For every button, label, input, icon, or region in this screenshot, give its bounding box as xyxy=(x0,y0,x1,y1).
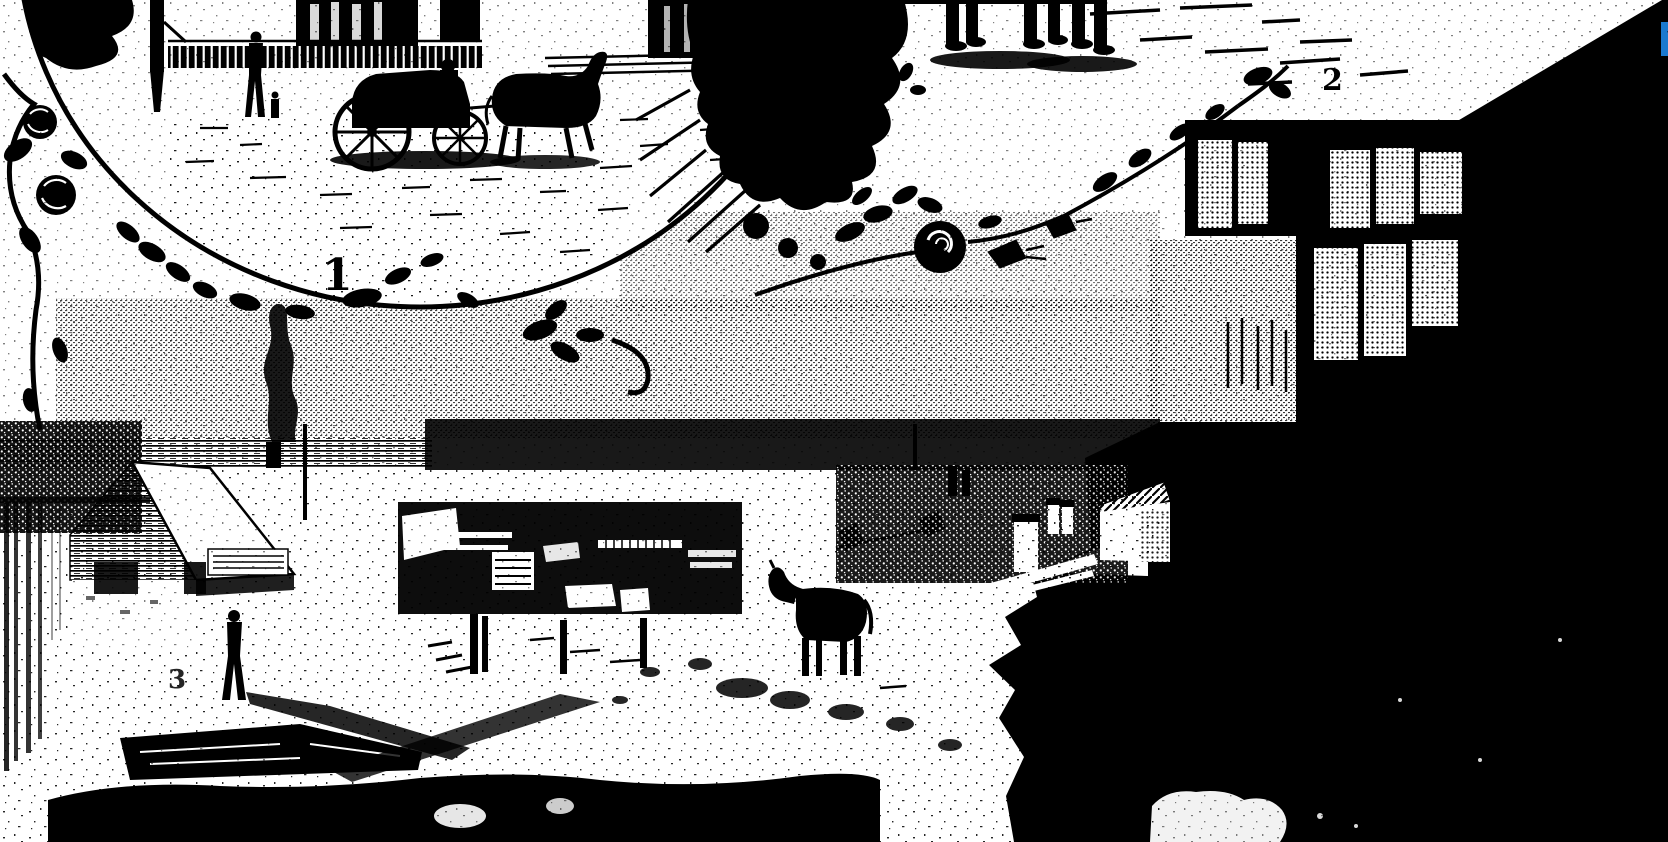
newspaper-engraving-illustration: 1 xyxy=(0,0,1668,842)
halftone-noise-overlay xyxy=(0,0,1668,842)
engraving-scan-page: 1 xyxy=(0,0,1668,842)
